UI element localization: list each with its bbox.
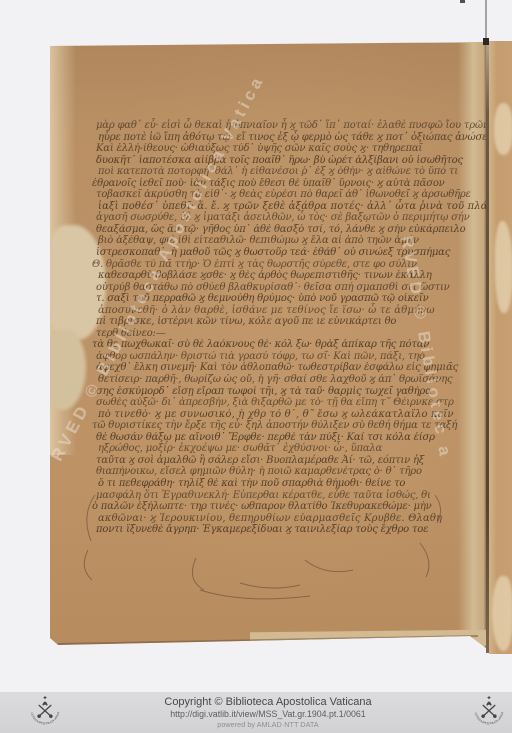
edge-mark (460, 0, 465, 3)
paper-highlight (494, 103, 512, 155)
source-url: http://digi.vatlib.it/view/MSS_Vat.gr.19… (82, 709, 454, 720)
vatican-library-seal-icon: BIBLIOTECA APOSTOLICA VATICANA (471, 695, 507, 731)
footer-text: Copyright © Biblioteca Apostolica Vatica… (82, 696, 454, 730)
pen-flourishes (50, 40, 486, 651)
manuscript-page: μὰρ φαθ᾽ εὖ· εἰσὶ ὦ θεκαὶ ἡ ὑπνιαῖον ἦ ϗ… (50, 40, 486, 651)
powered-by-text: powered by AMLAD·NTT DATA (82, 720, 454, 730)
vatican-library-seal-icon: BIBLIOTECA APOSTOLICA VATICANA (27, 695, 63, 731)
footer-bar: BIBLIOTECA APOSTOLICA VATICANA Copyright… (0, 692, 512, 733)
paper-highlight (492, 576, 512, 651)
page-top-edge (50, 40, 486, 43)
adjacent-page-edge (489, 41, 512, 654)
manuscript-scan-view: μὰρ φαθ᾽ εὖ· εἰσὶ ὦ θεκαὶ ἡ ὑπνιαῖον ἦ ϗ… (0, 0, 512, 733)
binding-mark (483, 38, 489, 45)
copyright-text: Copyright © Biblioteca Apostolica Vatica… (82, 696, 454, 709)
binding-line (485, 0, 487, 41)
paper-highlight (495, 221, 512, 313)
